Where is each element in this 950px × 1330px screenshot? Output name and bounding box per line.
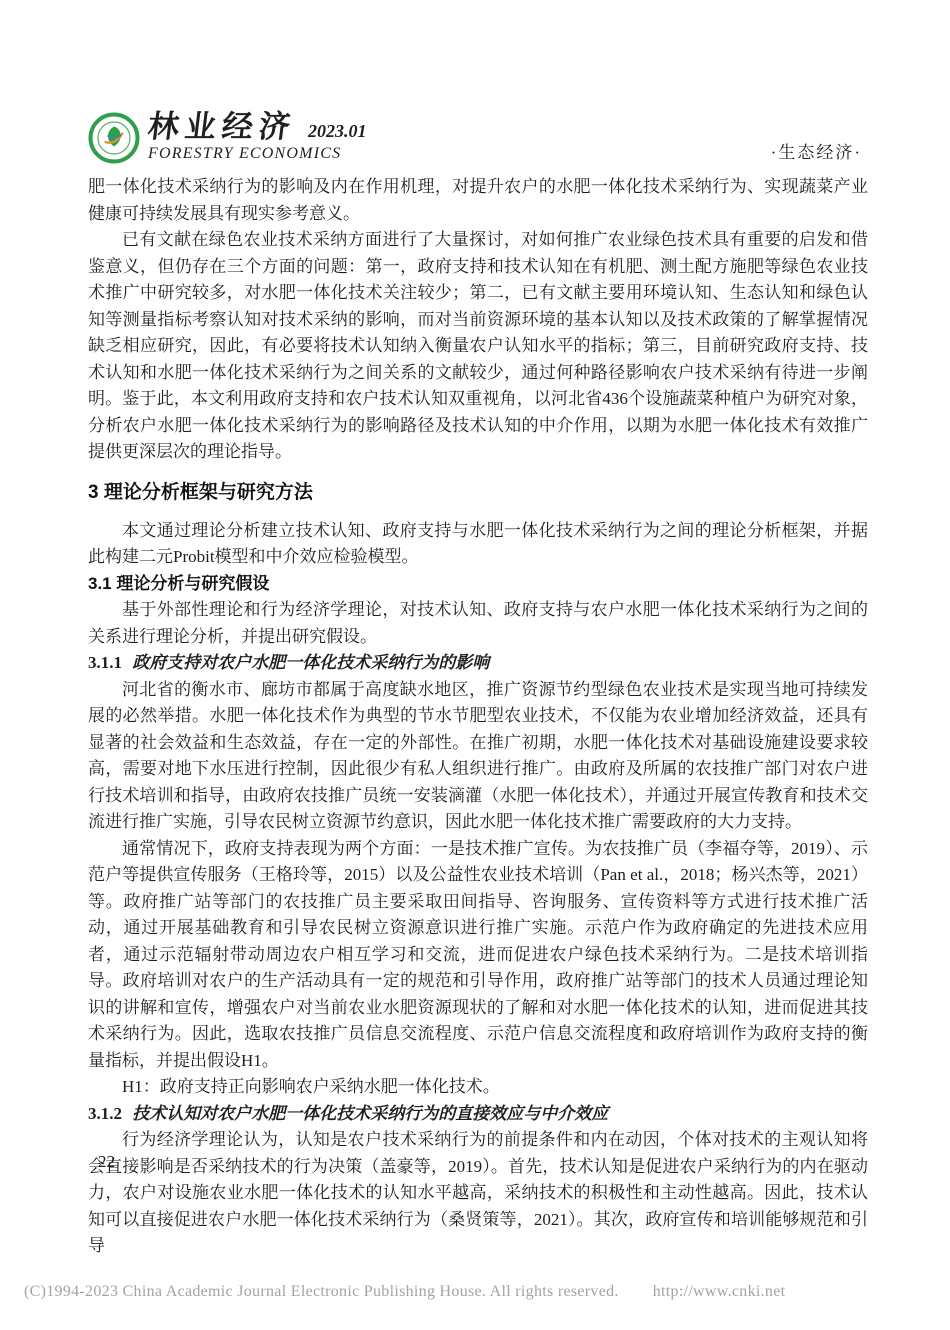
section-3-intro-paragraph: 本文通过理论分析建立技术认知、政府支持与水肥一体化技术采纳行为之间的理论分析框架… <box>88 518 868 571</box>
journal-title-block: 林业经济 2023.01 FORESTRY ECONOMICS <box>148 110 367 163</box>
page-number: 22 <box>98 1152 115 1172</box>
section-3-1-1-number: 3.1.1 <box>88 653 122 672</box>
section-3-1-1-title: 政府支持对农户水肥一体化技术采纳行为的影响 <box>132 653 489 672</box>
section-3-1-2-title: 技术认知对农户水肥一体化技术采纳行为的直接效应与中介效应 <box>132 1104 608 1123</box>
section-3-heading: 3 理论分析框架与研究方法 <box>88 479 868 507</box>
copyright-footer: (C)1994-2023 China Academic Journal Elec… <box>24 1283 926 1301</box>
cnki-url: http://www.cnki.net <box>653 1283 786 1300</box>
journal-title-cn: 林业经济 <box>146 110 298 144</box>
hypothesis-h1: H1：政府支持正向影响农户采纳水肥一体化技术。 <box>88 1074 868 1101</box>
paragraph-literature-review: 已有文献在绿色农业技术采纳方面进行了大量探讨，对如何推广农业绿色技术具有重要的启… <box>88 227 868 466</box>
journal-seal-icon <box>88 112 140 164</box>
copyright-text: (C)1994-2023 China Academic Journal Elec… <box>24 1283 619 1300</box>
section-3-1-intro-paragraph: 基于外部性理论和行为经济学理论，对技术认知、政府支持与农户水肥一体化技术采纳行为… <box>88 597 868 650</box>
section-3-1-2-number: 3.1.2 <box>88 1104 122 1123</box>
section-3-1-1-paragraph-2: 通常情况下，政府支持表现为两个方面：一是技术推广宣传。为农技推广员（李福夺等，2… <box>88 836 868 1075</box>
article-body: 肥一体化技术采纳行为的影响及内在作用机理，对提升农户的水肥一体化技术采纳行为、实… <box>88 174 868 1260</box>
page-header: 林业经济 2023.01 FORESTRY ECONOMICS ·生态经济· <box>88 110 862 172</box>
journal-issue: 2023.01 <box>308 118 367 144</box>
journal-brand: 林业经济 2023.01 FORESTRY ECONOMICS <box>88 110 367 164</box>
section-3-1-1-heading: 3.1.1 政府支持对农户水肥一体化技术采纳行为的影响 <box>88 650 868 677</box>
section-3-1-1-paragraph-1: 河北省的衡水市、廊坊市都属于高度缺水地区，推广资源节约型绿色农业技术是实现当地可… <box>88 677 868 836</box>
column-section-label: ·生态经济· <box>771 110 862 163</box>
section-3-1-2-paragraph-1: 行为经济学理论认为，认知是农户技术采纳行为的前提条件和内在动因，个体对技术的主观… <box>88 1127 868 1260</box>
paragraph-continuation: 肥一体化技术采纳行为的影响及内在作用机理，对提升农户的水肥一体化技术采纳行为、实… <box>88 174 868 227</box>
journal-page: 林业经济 2023.01 FORESTRY ECONOMICS ·生态经济· 肥… <box>0 0 950 1330</box>
journal-title-en: FORESTRY ECONOMICS <box>148 145 367 163</box>
section-3-1-heading: 3.1 理论分析与研究假设 <box>88 571 868 598</box>
section-3-1-2-heading: 3.1.2 技术认知对农户水肥一体化技术采纳行为的直接效应与中介效应 <box>88 1101 868 1128</box>
